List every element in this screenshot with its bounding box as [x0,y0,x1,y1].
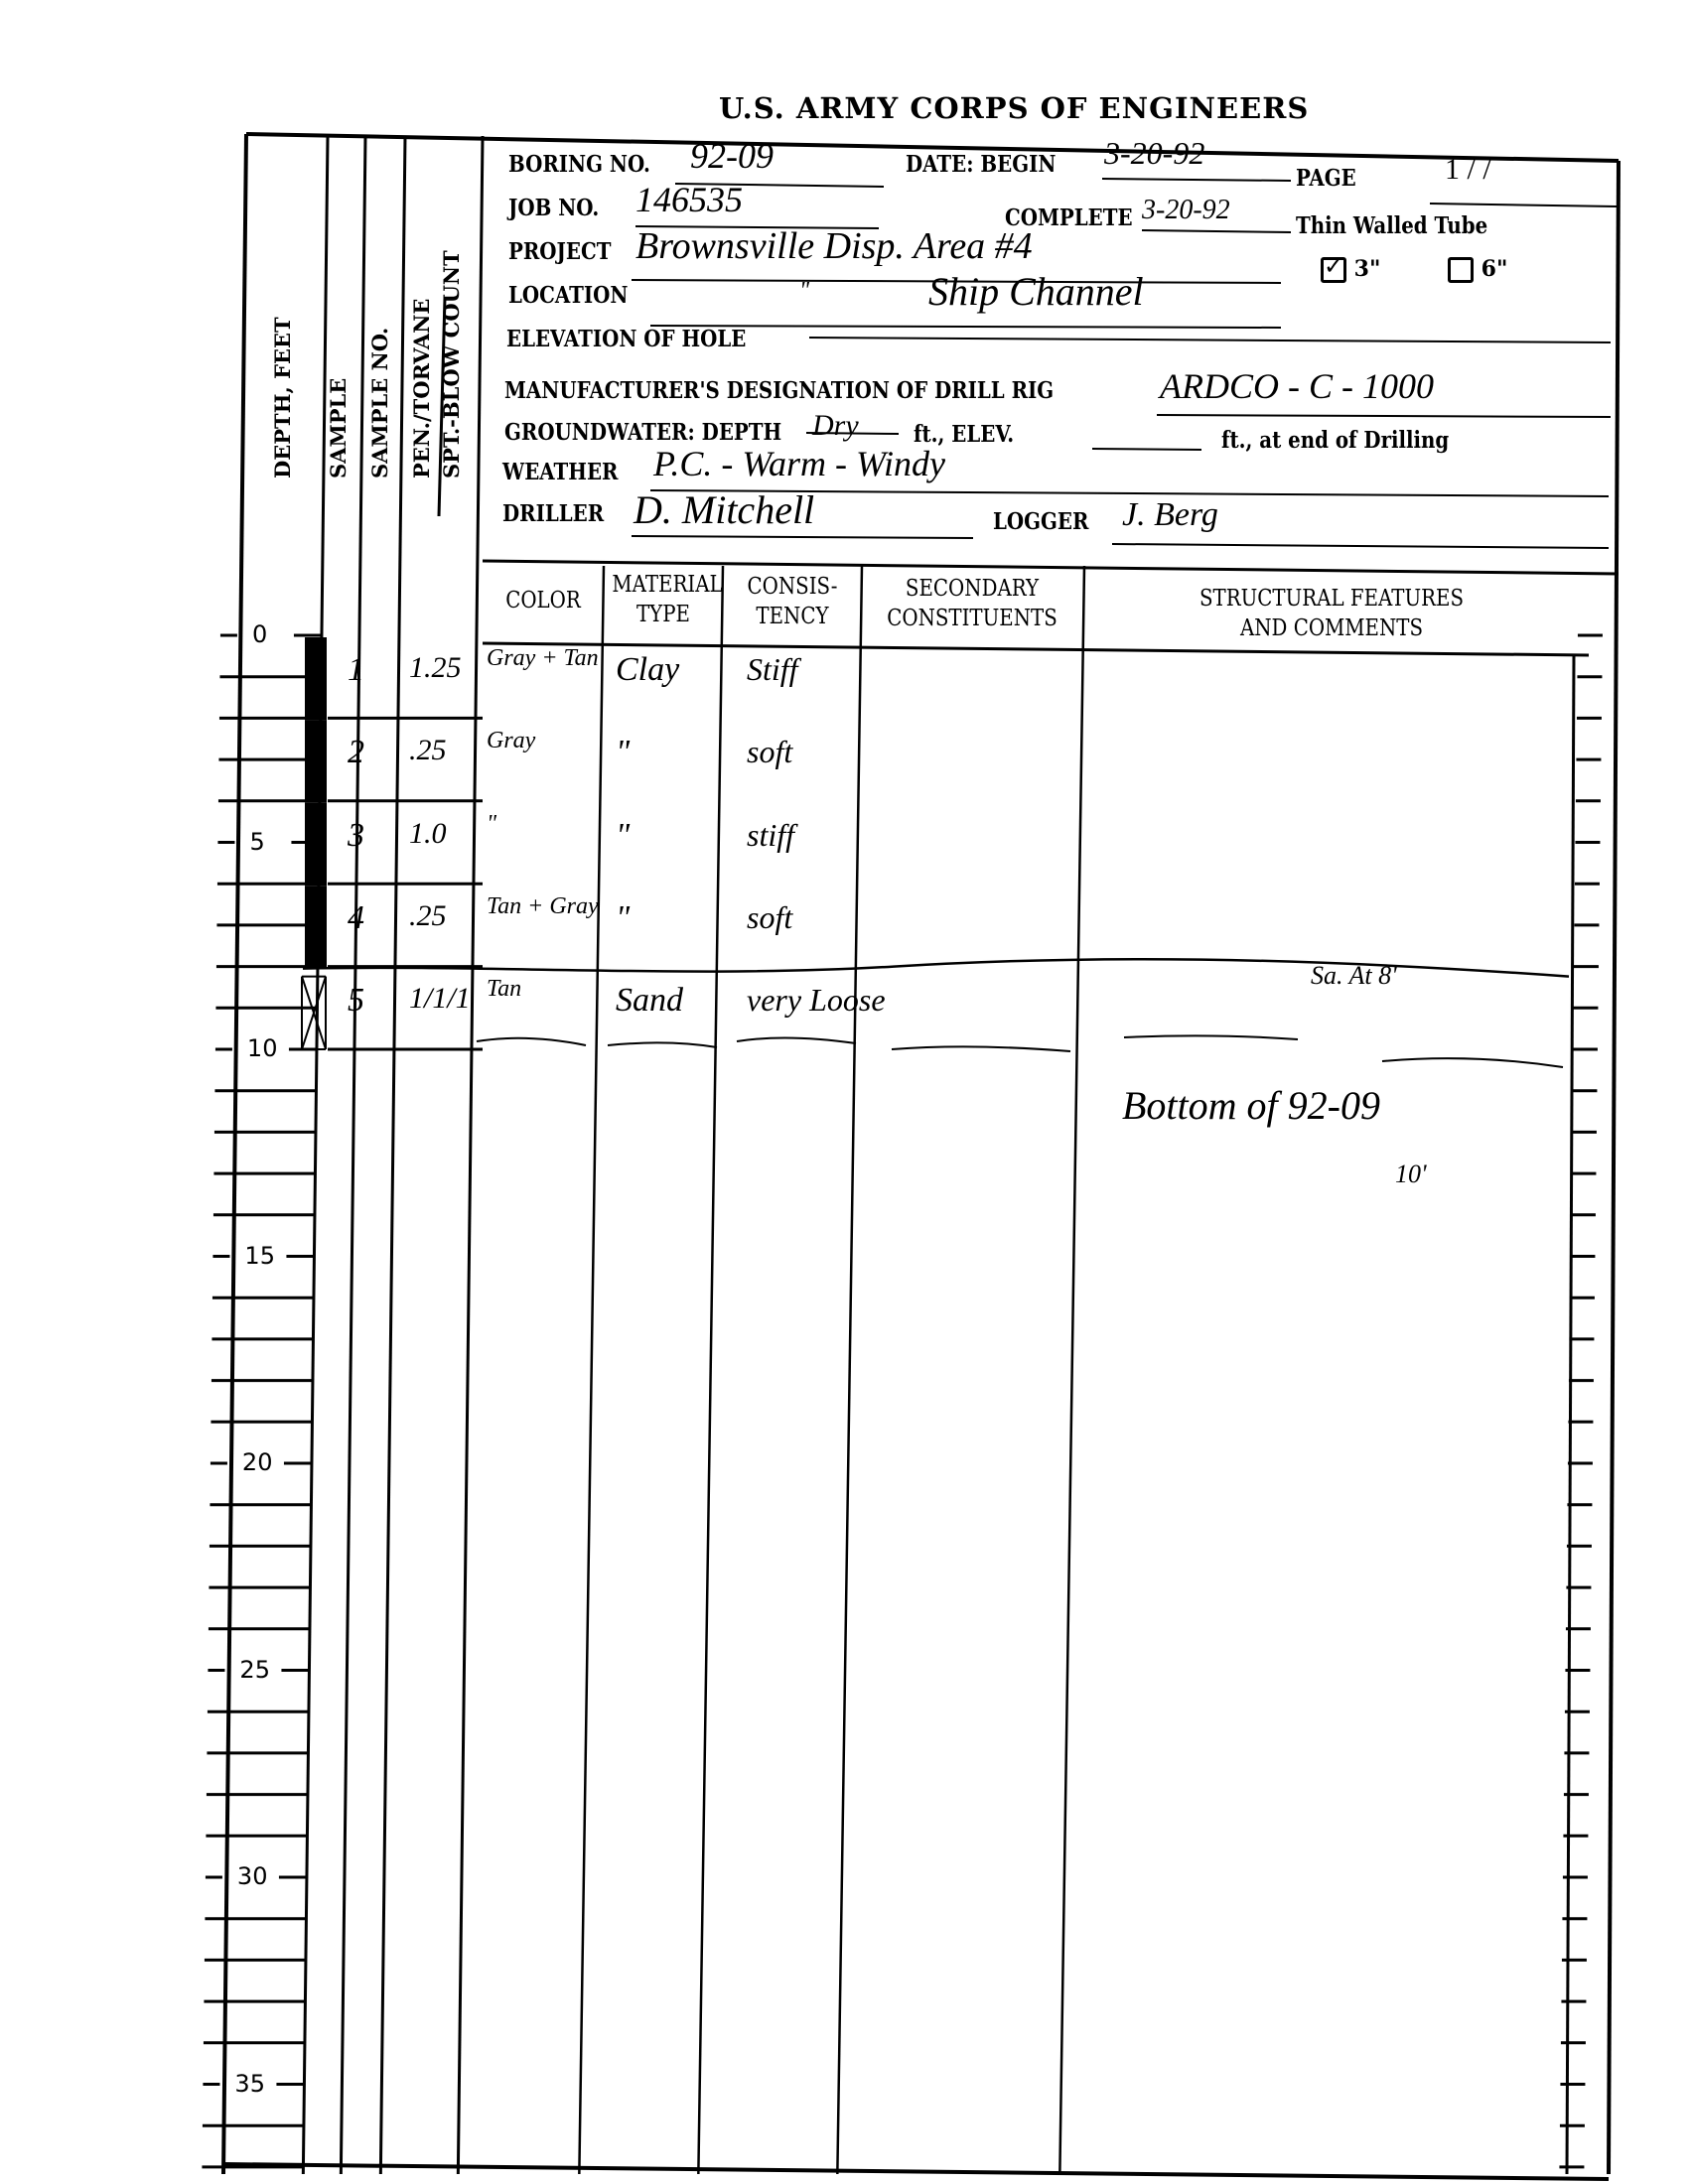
material-value: " [616,734,630,771]
column-header-consistency: CONSIS-TENCY [733,572,852,631]
page-label: PAGE [1296,165,1356,192]
material-value: " [616,817,630,855]
consistency-value: stiff [747,817,794,854]
date-complete-field[interactable]: 3-20-92 [1142,195,1230,226]
pen-torvane-value: 1.0 [409,817,447,851]
comment-bottom-of-boring: Bottom of 92-09 [1122,1082,1380,1129]
depth-label: 20 [238,1448,277,1476]
column-header-pen-torvane: PEN./TORVANE [409,299,434,478]
job-no-label: JOB NO. [508,195,599,221]
depth-label: 30 [233,1862,272,1890]
tube-3in-option[interactable]: ✓ 3" [1321,256,1380,283]
column-header-depth: DEPTH, FEET [270,317,295,478]
comment-bottom-depth: 10' [1395,1160,1427,1189]
tube-3in-label: 3" [1354,256,1381,282]
boring-no-label: BORING NO. [508,151,650,178]
form-grid [0,0,1692,2184]
color-value: Gray [487,728,535,754]
depth-label: 0 [248,620,271,648]
tube-6in-label: 6" [1481,256,1508,282]
material-value: Sand [616,982,683,1020]
date-begin-label: DATE: BEGIN [906,151,1056,178]
material-value: " [616,899,630,937]
tube-6in-option[interactable]: 6" [1448,256,1507,283]
boring-no-field[interactable]: 92-09 [690,135,774,177]
column-header-sample-no: SAMPLE NO. [367,328,392,478]
project-label: PROJECT [508,238,611,265]
logger-field[interactable]: J. Berg [1122,496,1218,534]
depth-label: 15 [240,1242,279,1270]
pen-torvane-value: 1.25 [409,651,462,685]
pen-torvane-value: .25 [409,734,447,767]
depth-label: 10 [243,1034,282,1062]
sample-no: 4 [348,899,364,937]
sample-no: 5 [348,982,364,1020]
weather-field[interactable]: P.C. - Warm - Windy [653,443,945,484]
driller-field[interactable]: D. Mitchell [634,486,814,533]
pen-torvane-value: .25 [409,899,447,933]
driller-label: DRILLER [502,500,604,527]
consistency-value: soft [747,734,792,770]
drill-rig-field[interactable]: ARDCO - C - 1000 [1160,365,1434,407]
job-no-field[interactable]: 146535 [635,179,743,220]
location-field[interactable]: Ship Channel [928,268,1144,315]
location-ditto: " [799,278,809,305]
logger-label: LOGGER [993,508,1088,535]
groundwater-label: GROUNDWATER: DEPTH [504,419,781,446]
consistency-value: very Loose [747,982,886,1019]
depth-label: 5 [245,828,268,856]
drill-rig-label: MANUFACTURER'S DESIGNATION OF DRILL RIG [504,377,1054,404]
column-header-material-type: MATERIALTYPE [612,570,714,629]
elevation-label: ELEVATION OF HOLE [506,326,746,352]
column-header-secondary-constituents: SECONDARYCONSTITUENTS [878,574,1067,633]
column-header-sample: SAMPLE [326,378,351,478]
consistency-value: Stiff [747,651,798,688]
sample-no: 3 [348,817,364,855]
weather-label: WEATHER [502,459,618,485]
check-mark-icon: ✓ [1324,252,1343,280]
project-field[interactable]: Brownsville Disp. Area #4 [635,224,1033,268]
checkbox-6in[interactable] [1448,257,1474,283]
pen-torvane-value: 1/1/1 [409,982,471,1016]
depth-label: 25 [235,1656,274,1684]
consistency-value: soft [747,899,792,936]
checkbox-3in[interactable]: ✓ [1321,257,1346,283]
groundwater-end-label: ft., at end of Drilling [1221,427,1449,454]
tube-label: Thin Walled Tube [1296,212,1487,239]
sample-no: 1 [348,651,364,689]
color-value: Tan + Gray [487,893,599,920]
column-header-structural-features: STRUCTURAL FEATURESAND COMMENTS [1122,584,1540,643]
page-field[interactable]: 1 / / [1445,153,1491,187]
groundwater-depth-field[interactable]: Dry [812,409,859,443]
column-header-color: COLOR [492,586,596,615]
sample-no: 2 [348,734,364,771]
material-value: Clay [616,651,679,689]
date-begin-field[interactable]: 3-20-92 [1104,135,1204,172]
color-value: " [487,811,496,838]
column-header-spt-blow-count: SPT.-BLOW COUNT [439,250,464,478]
color-value: Gray + Tan [487,645,599,672]
depth-label: 35 [230,2070,269,2098]
comment-sand-at-8: Sa. At 8' [1311,961,1397,991]
location-label: LOCATION [508,282,628,309]
color-value: Tan [487,976,521,1003]
